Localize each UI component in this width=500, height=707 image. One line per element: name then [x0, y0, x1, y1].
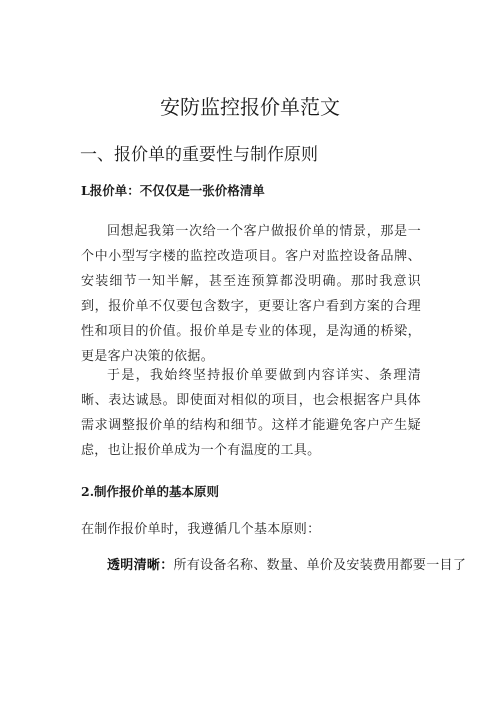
document-title: 安防监控报价单范文: [0, 94, 500, 120]
paragraph-intro: 在制作报价单时，我遵循几个基本原则：: [81, 517, 421, 542]
principle-item: 透明清晰：所有设备名称、数量、单价及安装费用都要一目了: [107, 556, 466, 576]
principle-text: 所有设备名称、数量、单价及安装费用都要一目了: [174, 558, 467, 573]
paragraph-2: 于是，我始终坚持报价单要做到内容详实、条理清晰、表达诚恳。即使面对相似的项目，也…: [81, 363, 421, 463]
document-page: 安防监控报价单范文 一、报价单的重要性与制作原则 L报价单：不仅仅是一张价格清单…: [0, 0, 500, 707]
section-heading-1: 一、报价单的重要性与制作原则: [80, 144, 318, 166]
principle-label: 透明清晰：: [107, 558, 174, 573]
paragraph-1: 回想起我第一次给一个客户做报价单的情景，那是一个中小型写字楼的监控改造项目。客户…: [81, 219, 421, 369]
subsection-heading-1: L报价单：不仅仅是一张价格清单: [81, 182, 265, 200]
subsection-heading-2: 2.制作报价单的基本原则: [81, 483, 219, 501]
